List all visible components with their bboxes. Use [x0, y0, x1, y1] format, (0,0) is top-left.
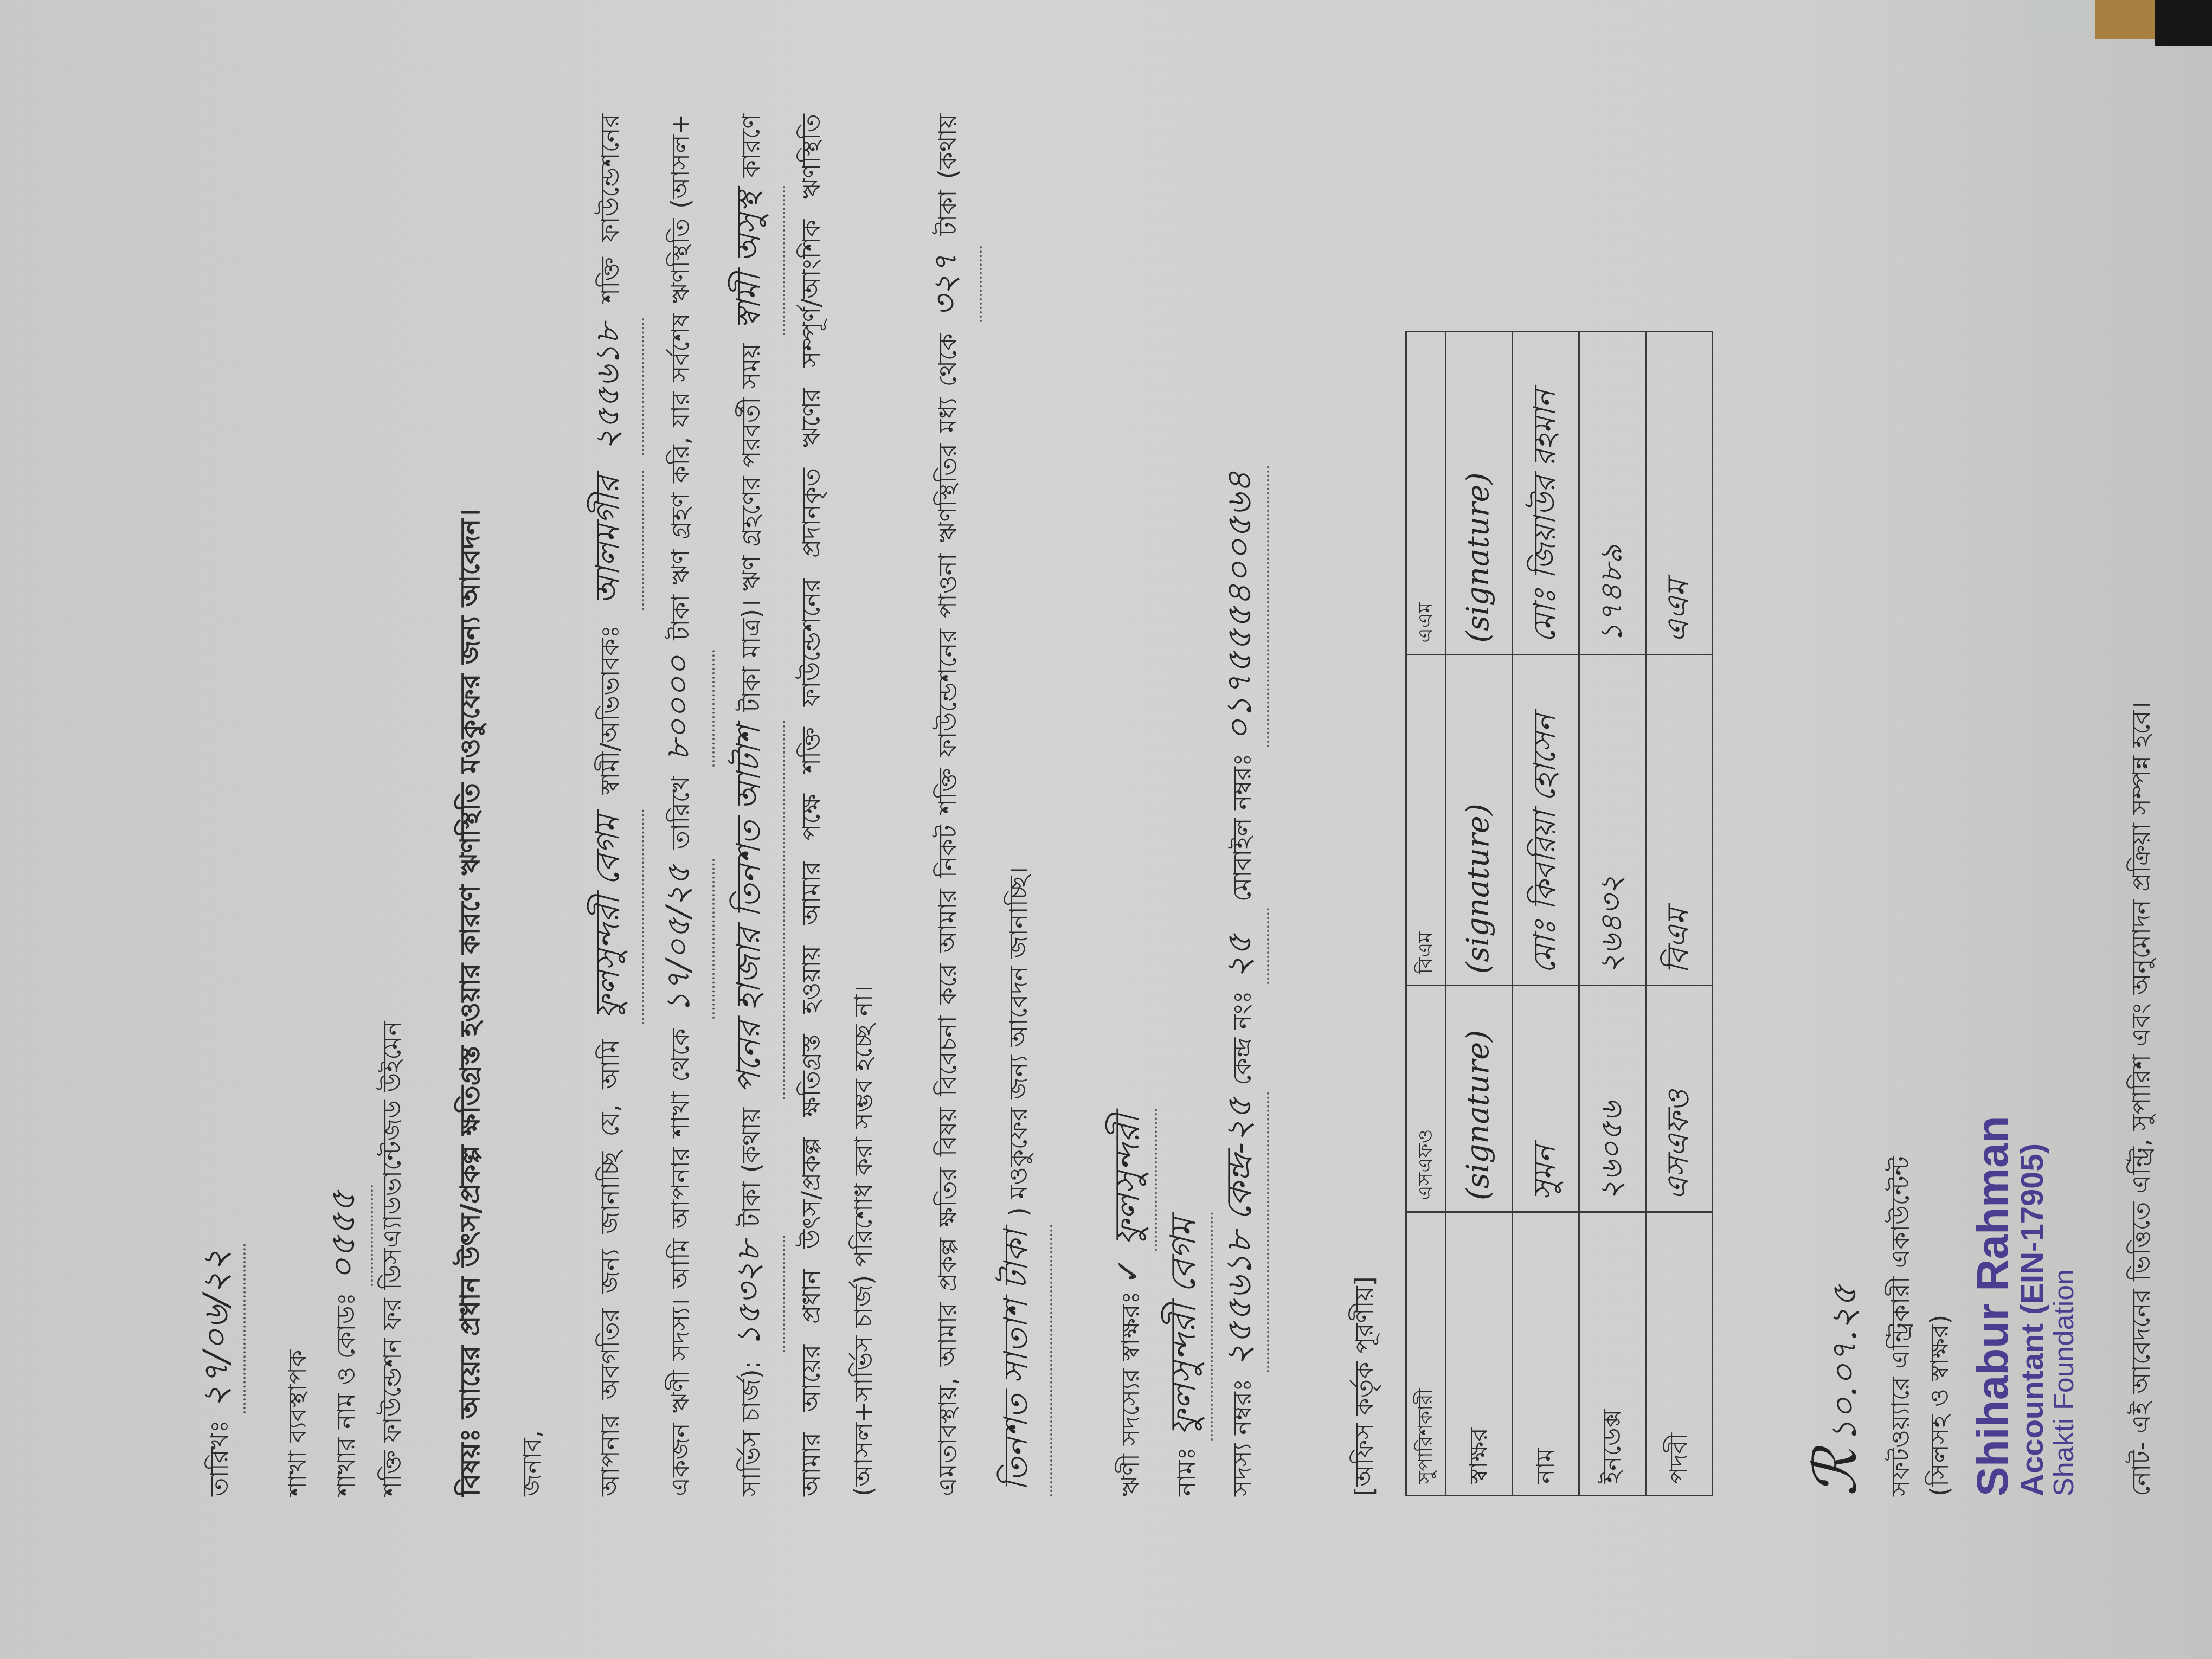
member-name-value: ফুলসুন্দরী বেগম: [1157, 1212, 1213, 1441]
designation-cell: বিএম: [1661, 908, 1696, 974]
branch-code: ০৫৫৫: [317, 1185, 372, 1286]
office-use-table: সুপারিশকারী এসএফও বিএম এএম স্বাক্ষর (sig…: [1405, 331, 1713, 1496]
signature-cell: (signature): [1461, 803, 1496, 974]
member-id-field: ২৫৫৬১৮: [574, 318, 644, 456]
member-id-label: সদস্য নম্বরঃ: [1223, 1379, 1262, 1496]
outstanding-in-words-field: পনের হাজার তিনশত আটাশ: [715, 721, 785, 1099]
loan-date-field: ১৭/০৫/২৫: [644, 859, 715, 1018]
column-header: এএম: [1406, 332, 1445, 655]
center-value: ২৫: [1213, 908, 1269, 984]
organization-name: শক্তি ফাউন্ডেশন ফর ডিসএ্যাডভান্টেজড উইমে…: [373, 114, 411, 1496]
index-cell: ২৬০৫৬: [1594, 1102, 1629, 1200]
reason-field: স্বামী অসুস্থ: [715, 186, 785, 335]
waiver-amount-field: ৩২৭: [911, 246, 982, 322]
text: তারিখে: [666, 776, 695, 850]
member-name-label: নামঃ: [1167, 1447, 1206, 1496]
member-id-line: সদস্য নম্বরঃ ২৫৫৬১৮ কেন্দ্র-২৫ কেন্দ্র ন…: [1213, 114, 1269, 1496]
date-label: তারিখঃ: [200, 1420, 239, 1496]
check-mark-icon: ✓: [1103, 1257, 1154, 1284]
seal-label: (সিলসহ ও স্বাক্ষর): [1920, 114, 1959, 1496]
member-name-field: ফুলসুন্দরী বেগম: [574, 809, 644, 1024]
loan-waiver-application-form: তারিখঃ ২৭/০৬/২২ শাখা ব্যবস্থাপক শাখার না…: [49, 16, 2163, 1643]
row-label: ইনডেক্স: [1579, 1212, 1645, 1496]
stamp-title: Accountant (EIN-17905): [2016, 114, 2049, 1496]
index-cell: ১৭৪৮৯: [1594, 544, 1629, 643]
member-signature-line: ঋণী সদস্যের স্বাক্ষরঃ ✓ ফুলসুন্দরী: [1101, 114, 1157, 1496]
row-label: নাম: [1512, 1212, 1579, 1496]
salutation: জনাব,: [513, 114, 551, 1496]
table-header-row: সুপারিশকারী এসএফও বিএম এএম: [1406, 332, 1445, 1496]
accountant-signature-date: ১০.০৭.২৫: [1818, 1285, 1872, 1442]
center-label: কেন্দ্র নংঃ: [1223, 991, 1262, 1085]
branch-line: শাখার নাম ও কোডঃ ০৫৫৫: [317, 114, 372, 1496]
column-header: এসএফও: [1406, 986, 1445, 1212]
signature-cell: (signature): [1461, 473, 1496, 643]
member-signature-label: ঋণী সদস্যের স্বাক্ষরঃ: [1111, 1291, 1150, 1496]
member-section: ঋণী সদস্যের স্বাক্ষরঃ ✓ ফুলসুন্দরী নামঃ …: [1101, 114, 1269, 1496]
mobile-label: মোবাইল নম্বরঃ: [1223, 754, 1262, 902]
guardian-name-field: আলমগীর: [574, 471, 644, 610]
name-cell: মোঃ কিবরিয়া হোসেন: [1527, 714, 1562, 974]
table-row: পদবী এসএফও বিএম এএম: [1645, 332, 1712, 1496]
designation-cell: এএম: [1661, 580, 1696, 642]
subject-line: বিষয়ঃ আয়ের প্রধান উৎস/প্রকল্প ক্ষতিগ্র…: [449, 114, 492, 1496]
table-row: স্বাক্ষর (signature) (signature) (signat…: [1445, 332, 1512, 1496]
accountant-signature: ℛ: [1789, 1449, 1882, 1496]
index-cell: ২৬৪৩২: [1594, 875, 1629, 974]
name-cell: সুমন: [1527, 1145, 1562, 1200]
text: আপনার অবগতির জন্য জানাচ্ছি যে, আমি: [595, 1039, 625, 1496]
background-book-dark: [2155, 0, 2212, 46]
addressee: শাখা ব্যবস্থাপক: [278, 114, 317, 1496]
text: স্বামী/অভিভাবকঃ: [595, 625, 625, 795]
outstanding-amount-field: ১৫৩২৮: [715, 1236, 785, 1352]
office-use-title: [অফিস কর্তৃক পূরণীয়]: [1345, 114, 1384, 1496]
row-label: পদবী: [1645, 1212, 1712, 1496]
member-signature: ফুলসুন্দরী: [1101, 1109, 1157, 1251]
column-header: সুপারিশকারী: [1406, 1212, 1445, 1496]
text: টাকা মাত্র)। ঋণ গ্রহণের পরবর্তী সময়: [736, 344, 766, 712]
accountant-role: সফটওয়্যারে এন্ট্রিকারী একাউন্টেন্ট: [1881, 114, 1920, 1496]
mobile-value: ০১৭৫৫৫৪০০৫৬৪: [1213, 466, 1269, 747]
footer-note: নোট- এই আবেদনের ভিত্তিতে এন্ট্রি, সুপারি…: [2122, 114, 2160, 1496]
paragraph-loan-details: আপনার অবগতির জন্য জানাচ্ছি যে, আমি ফুলসু…: [574, 114, 890, 1496]
table-row: ইনডেক্স ২৬০৫৬ ২৬৪৩২ ১৭৪৮৯: [1579, 332, 1645, 1496]
accountant-signature-block: ℛ ১০.০৭.২৫ সফটওয়্যারে এন্ট্রিকারী একাউন…: [1789, 114, 2079, 1496]
waiver-in-words-field: তিনশত সাতাশ টাকা: [982, 1225, 1052, 1496]
name-cell: মোঃ জিয়াউর রহমান: [1527, 390, 1562, 642]
accountant-stamp: Shihabur Rahman Accountant (EIN-17905) S…: [1970, 114, 2079, 1496]
row-label: স্বাক্ষর: [1445, 1212, 1512, 1496]
branch-label: শাখার নাম ও কোডঃ: [327, 1293, 365, 1496]
signature-cell: (signature): [1461, 1030, 1496, 1200]
stamp-organization: Shakti Foundation: [2049, 114, 2079, 1496]
text: টাকা (কথায়: [736, 1108, 766, 1227]
text: এমতাবস্থায়, আমার প্রকল্প ক্ষতির বিষয় ব…: [933, 333, 962, 1496]
table-row: নাম সুমন মোঃ কিবরিয়া হোসেন মোঃ জিয়াউর …: [1512, 332, 1579, 1496]
stamp-name: Shihabur Rahman: [1970, 114, 2016, 1496]
member-id-value: ২৫৫৬১৮ কেন্দ্র-২৫: [1213, 1092, 1269, 1372]
accountant-signature-line: ℛ ১০.০৭.২৫: [1789, 114, 1882, 1496]
paragraph-waiver-request: এমতাবস্থায়, আমার প্রকল্প ক্ষতির বিষয় ব…: [911, 114, 1052, 1496]
designation-cell: এসএফও: [1661, 1090, 1696, 1200]
date-line: তারিখঃ ২৭/০৬/২২: [190, 114, 246, 1496]
date-value: ২৭/০৬/২২: [190, 1244, 246, 1413]
text: ) মওকুফের জন্য আবেদন জানাচ্ছি।: [1004, 867, 1033, 1217]
member-name-line: নামঃ ফুলসুন্দরী বেগম: [1157, 114, 1213, 1496]
text: টাকা (কথায়: [933, 114, 962, 235]
column-header: বিএম: [1406, 654, 1445, 986]
loan-amount-field: ৮০০০০: [644, 650, 715, 767]
